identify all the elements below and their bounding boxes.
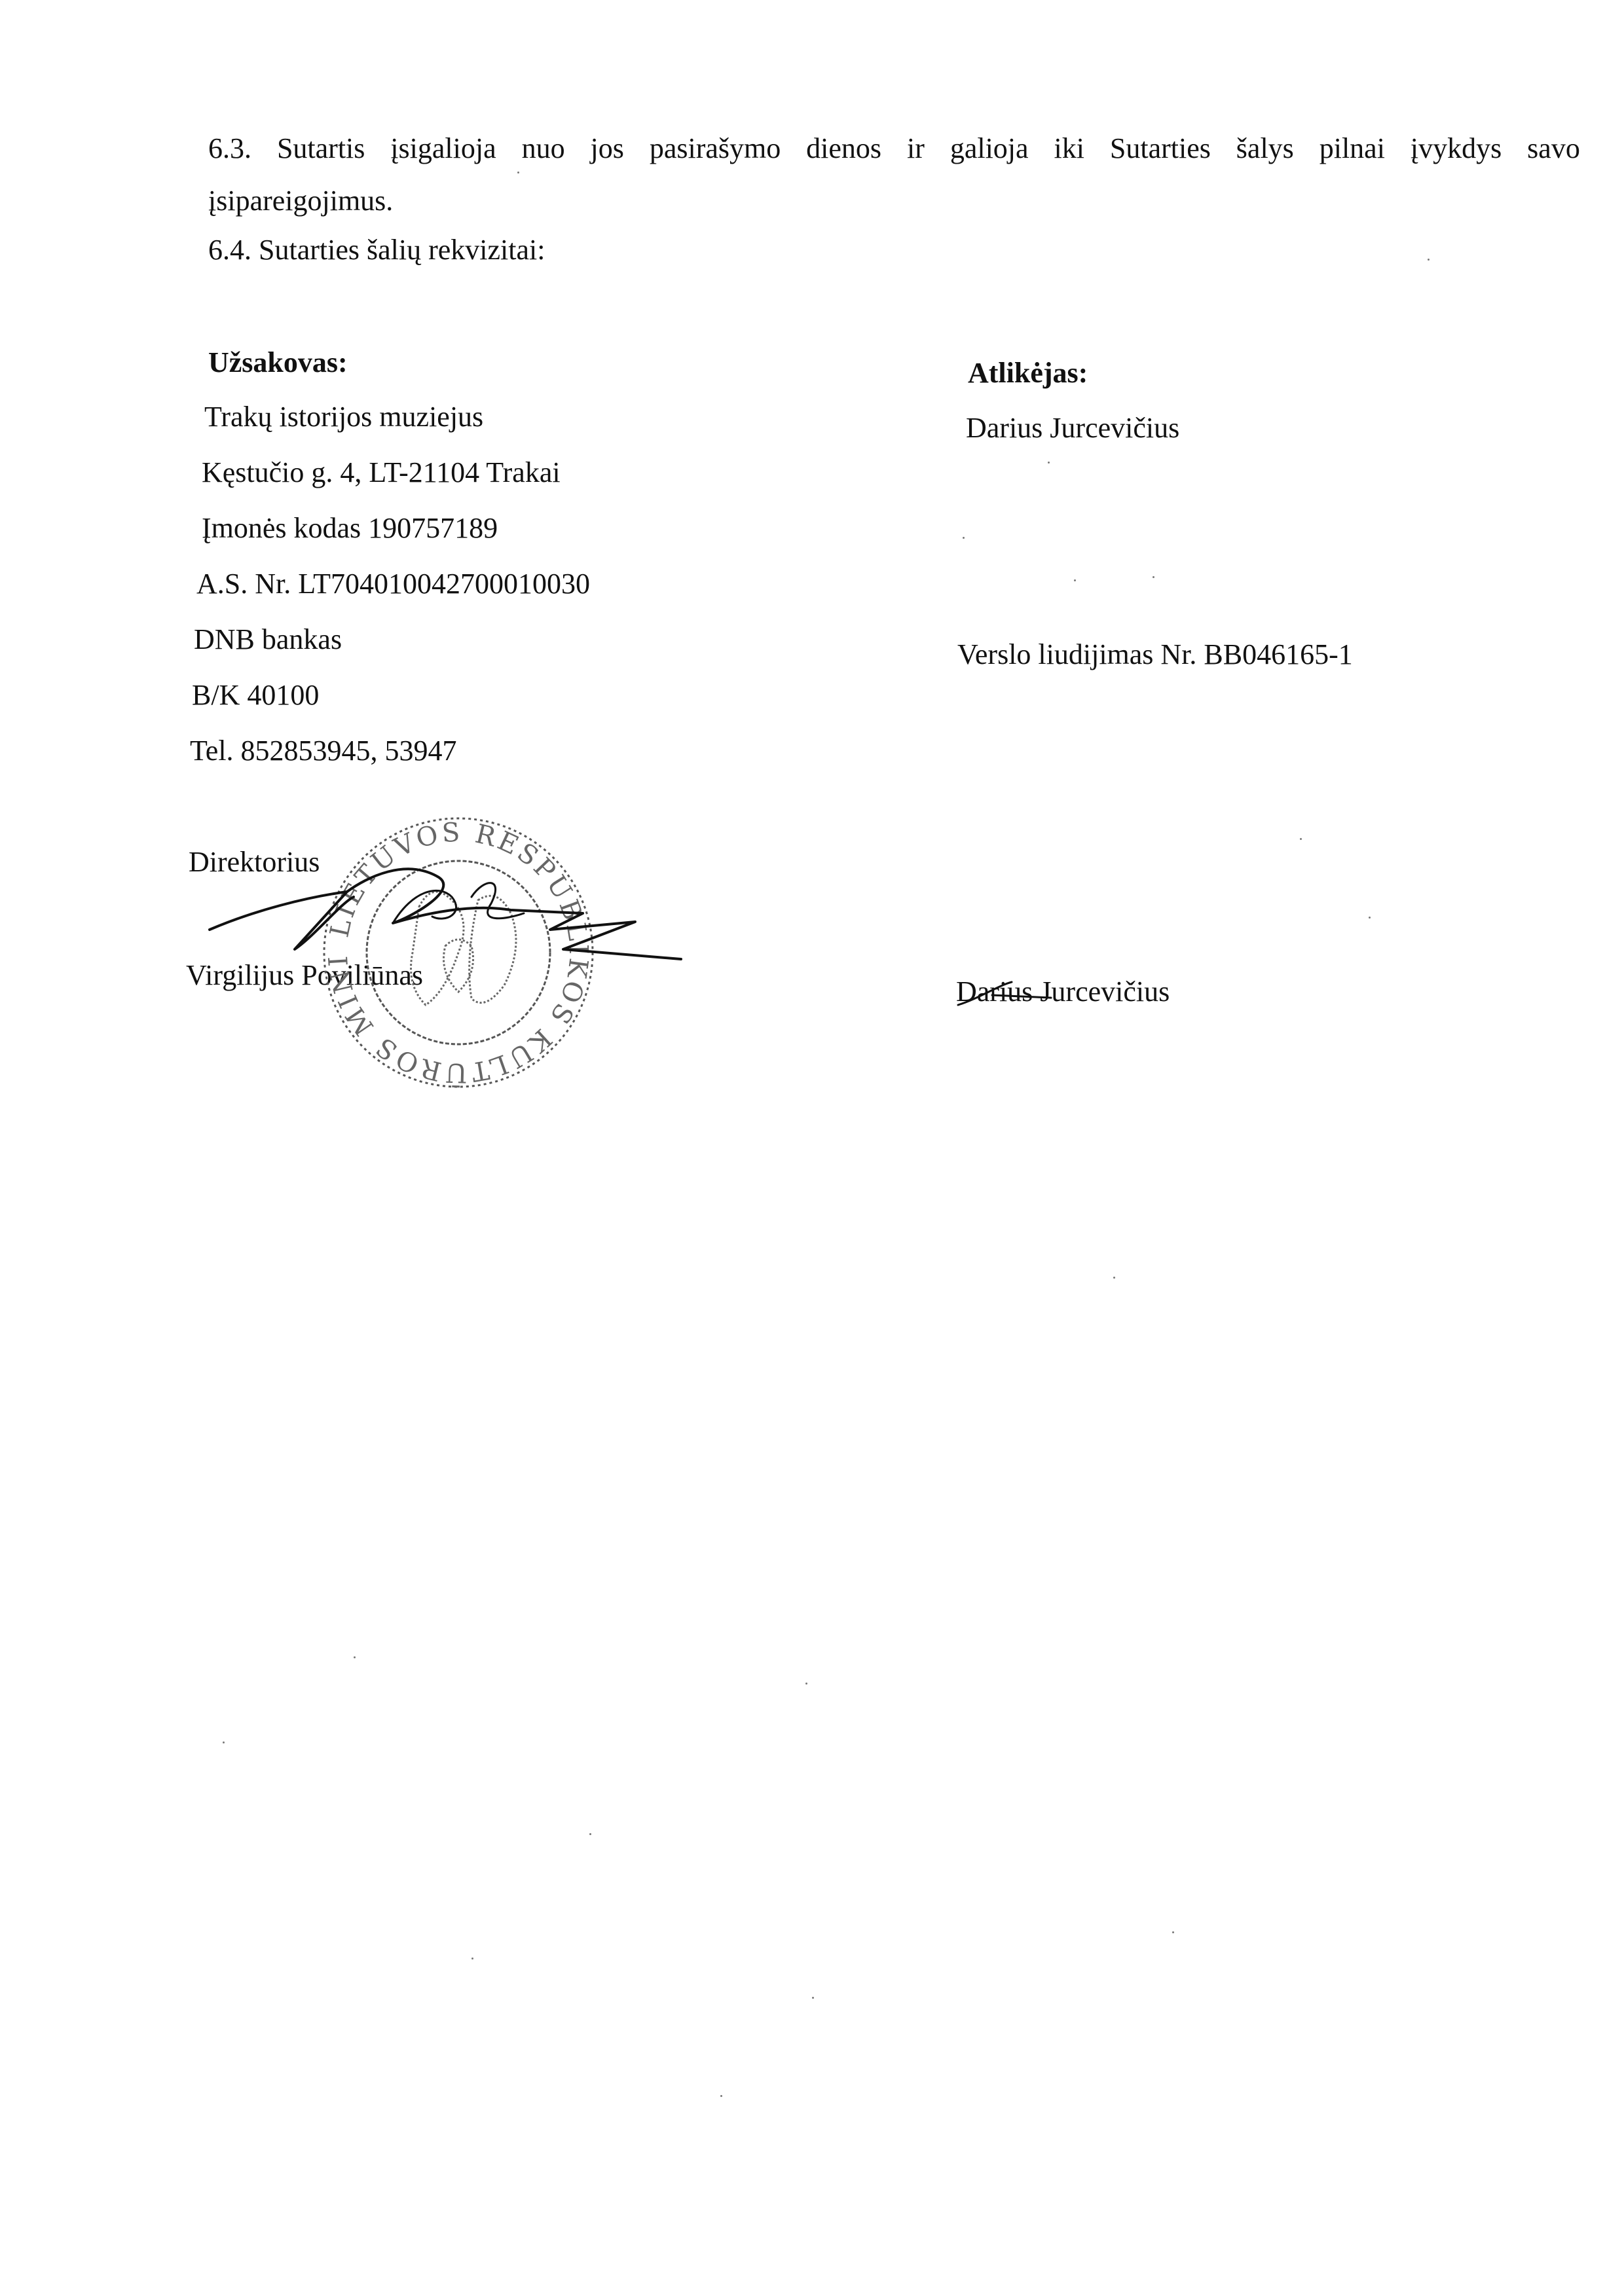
customer-address: Kęstučio g. 4, LT-21104 Trakai [202, 458, 561, 487]
contractor-name: Darius Jurcevičius [966, 414, 1179, 443]
scan-speck [1074, 579, 1076, 581]
customer-company-code: Įmonės kodas 190757189 [202, 514, 498, 543]
clause-word: pasirašymo [650, 134, 781, 163]
clause-word: šalys [1236, 134, 1294, 163]
director-signature-icon [196, 851, 694, 1021]
clause-word: įvykdys [1411, 134, 1502, 163]
scan-speck [1113, 1277, 1115, 1279]
customer-name: Trakų istorijos muziejus [204, 403, 483, 431]
scan-speck [471, 1958, 473, 1959]
scan-speck [963, 537, 965, 539]
clause-word: Sutartis [277, 134, 365, 163]
scan-speck [1369, 917, 1371, 919]
clause-word: įsigalioja [390, 134, 496, 163]
scan-speck [1172, 1931, 1174, 1933]
scan-speck [720, 2095, 722, 2097]
scan-speck [1048, 462, 1050, 464]
scan-speck [1153, 576, 1154, 578]
scan-speck [589, 1833, 591, 1835]
clause-word: dienos [806, 134, 881, 163]
clause-word: jos [591, 134, 624, 163]
clause-word: nuo [522, 134, 565, 163]
clause-6-3-continuation: įsipareigojimus. [208, 187, 393, 215]
scan-speck [517, 172, 519, 173]
clause-word: galioja [950, 134, 1029, 163]
customer-account: A.S. Nr. LT704010042700010030 [196, 570, 590, 598]
customer-phone: Tel. 852853945, 53947 [190, 737, 457, 765]
scan-speck [805, 1683, 807, 1685]
scan-speck [1300, 838, 1302, 840]
clause-6-4: 6.4. Sutarties šalių rekvizitai: [208, 236, 545, 264]
clause-word: savo [1527, 134, 1580, 163]
contractor-heading: Atlikėjas: [968, 359, 1088, 388]
scan-speck [1428, 259, 1430, 261]
clause-6-3-line: 6.3. Sutartis įsigalioja nuo jos pasiraš… [208, 134, 1580, 163]
clause-word: pilnai [1319, 134, 1385, 163]
customer-bank: DNB bankas [194, 625, 342, 654]
clause-word: Sutarties [1110, 134, 1211, 163]
customer-heading: Užsakovas: [208, 348, 348, 377]
contractor-business-certificate: Verslo liudijimas Nr. BB046165-1 [957, 640, 1353, 669]
clause-word: ir [907, 134, 925, 163]
clause-word: 6.3. [208, 134, 251, 163]
scan-speck [354, 1656, 356, 1658]
clause-word: iki [1054, 134, 1084, 163]
contractor-signature-icon [953, 969, 1084, 1015]
customer-bank-code: B/K 40100 [192, 681, 319, 710]
scan-speck [812, 1997, 814, 1999]
scan-speck [223, 1741, 225, 1743]
